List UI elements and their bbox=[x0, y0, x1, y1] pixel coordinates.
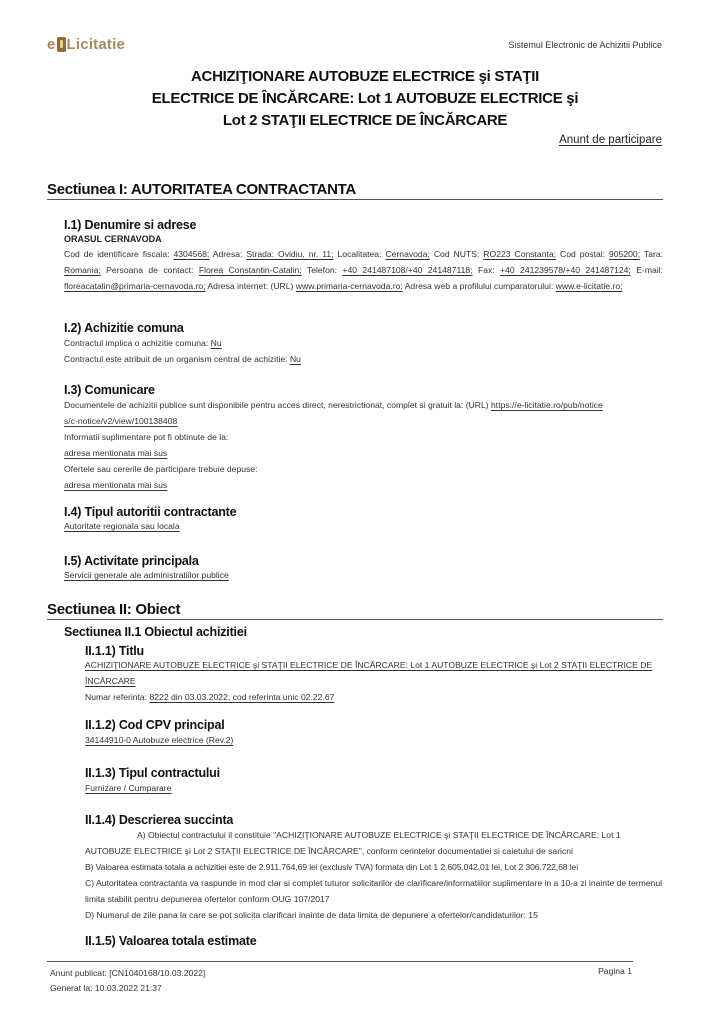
field-label: Adresa web a profilului cumparatorului: bbox=[403, 281, 556, 291]
reference-number: 8222 din 03.03.2022, cod referinta unic … bbox=[149, 692, 334, 702]
locality: Cernavoda; bbox=[385, 249, 429, 259]
footer-divider bbox=[47, 961, 633, 962]
reference-number-line: Numar referinta: 8222 din 03.03.2022, co… bbox=[85, 689, 334, 705]
contract-title: ACHIZIŢIONARE AUTOBUZE ELECTRICE şi STAŢ… bbox=[85, 657, 663, 689]
published-notice: Anunt publicat: [CN1040168/10.03.2022] bbox=[50, 966, 205, 981]
i3-heading: I.3) Comunicare bbox=[64, 383, 155, 397]
field-label: Adresa: bbox=[209, 249, 246, 259]
offers-address: adresa mentionata mai sus bbox=[64, 477, 167, 493]
phone: +40 241487108/+40 241487118; bbox=[342, 265, 472, 275]
buyer-profile-link[interactable]: www.e-licitatie.ro; bbox=[556, 281, 623, 291]
ii15-heading: II.1.5) Valoarea totala estimate bbox=[85, 934, 256, 948]
authority-type: Autoritate regionala sau locala bbox=[64, 518, 180, 534]
fiscal-code: 4304568; bbox=[173, 249, 209, 259]
elicitatie-logo: e Licitatie bbox=[47, 36, 125, 53]
ii14-heading: II.1.4) Descrierea succinta bbox=[85, 813, 233, 827]
i4-heading: I.4) Tipul autoritii contractante bbox=[64, 505, 236, 519]
system-name: Sistemul Electronic de Achizitii Publice bbox=[508, 40, 662, 50]
field-label: Contractul este atribuit de un organism … bbox=[64, 354, 290, 364]
fax: +40 241239578/+40 241487124; bbox=[500, 265, 631, 275]
central-body-line: Contractul este atribuit de un organism … bbox=[64, 351, 301, 367]
field-label: E-mail: bbox=[631, 265, 663, 275]
section-2-heading: Sectiunea II: Obiect bbox=[47, 601, 663, 620]
field-label: Cod NUTS: bbox=[430, 249, 483, 259]
title-line: ACHIZIŢIONARE AUTOBUZE ELECTRICE şi STAŢ… bbox=[150, 66, 580, 88]
logo-prefix: e bbox=[47, 36, 56, 53]
central-body-value: Nu bbox=[290, 354, 301, 364]
address: Strada: Ovidiu, nr. 11; bbox=[246, 249, 333, 259]
title-line: Lot 2 STAŢII ELECTRICE DE ÎNCĂRCARE bbox=[150, 110, 580, 132]
field-label: Cod postal: bbox=[556, 249, 609, 259]
field-label: Adresa internet: (URL) bbox=[206, 281, 296, 291]
ii1-heading: Sectiunea II.1 Obiectul achizitiei bbox=[64, 625, 247, 639]
joint-procurement-value: Nu bbox=[211, 338, 222, 348]
website-link[interactable]: www.primaria-cernavoda.ro; bbox=[296, 281, 403, 291]
nuts-code: RO223 Constanta; bbox=[483, 249, 556, 259]
info-address: adresa mentionata mai sus bbox=[64, 445, 167, 461]
postal-code: 905200; bbox=[609, 249, 640, 259]
ii13-heading: II.1.3) Tipul contractului bbox=[85, 766, 220, 780]
field-label: Documentele de achizitii publice sunt di… bbox=[64, 400, 491, 410]
ii11-heading: II.1.1) Titlu bbox=[85, 644, 144, 658]
country: Romania; bbox=[64, 265, 101, 275]
field-label: Persoana de contact: bbox=[101, 265, 199, 275]
footer-info: Anunt publicat: [CN1040168/10.03.2022] G… bbox=[50, 966, 205, 996]
description-d: D) Numarul de zile pana la care se pot s… bbox=[85, 907, 538, 923]
title-line: ELECTRICE DE ÎNCĂRCARE: Lot 1 AUTOBUZE E… bbox=[150, 88, 580, 110]
joint-procurement-line: Contractul implica o achizitie comuna: N… bbox=[64, 335, 222, 351]
main-activity: Servicii generale ale administratiilor p… bbox=[64, 567, 229, 583]
description-b: B) Valoarea estimata totala a achizitiei… bbox=[85, 859, 675, 875]
section-1-heading: Sectiunea I: AUTORITATEA CONTRACTANTA bbox=[47, 181, 663, 200]
info-label: Informatii suplimentare pot fi obtinute … bbox=[64, 429, 228, 445]
org-details: Cod de identificare fiscala: 4304568; Ad… bbox=[64, 246, 663, 294]
contact-person: Florea Constantin-Catalin; bbox=[199, 265, 302, 275]
field-label: Tara: bbox=[640, 249, 663, 259]
i1-heading: I.1) Denumire si adrese bbox=[64, 218, 196, 232]
description-a: A) Obiectul contractului il constituie "… bbox=[85, 827, 663, 859]
field-label: Telefon: bbox=[302, 265, 343, 275]
field-label: Fax: bbox=[473, 265, 501, 275]
cpv-code: 34144910-0 Autobuze electrice (Rev.2) bbox=[85, 732, 233, 748]
email-link[interactable]: floreacatalin@primaria-cernavoda.ro; bbox=[64, 281, 206, 291]
description-c: C) Autoritatea contractanta va raspunde … bbox=[85, 875, 665, 907]
field-label: Cod de identificare fiscala: bbox=[64, 249, 173, 259]
i5-heading: I.5) Activitate principala bbox=[64, 554, 199, 568]
contract-type: Furnizare / Cumparare bbox=[85, 780, 171, 796]
logo-name: Licitatie bbox=[67, 36, 125, 53]
document-title: ACHIZIŢIONARE AUTOBUZE ELECTRICE şi STAŢ… bbox=[150, 66, 580, 132]
field-label: Contractul implica o achizitie comuna: bbox=[64, 338, 211, 348]
org-name: ORASUL CERNAVODA bbox=[64, 231, 162, 247]
ii12-heading: II.1.2) Cod CPV principal bbox=[85, 718, 224, 732]
notice-type: Anunt de participare bbox=[559, 134, 662, 146]
torch-icon bbox=[57, 37, 66, 52]
generated-at: Generat la: 10.03.2022 21:37 bbox=[50, 981, 205, 996]
i2-heading: I.2) Achizitie comuna bbox=[64, 321, 184, 335]
offers-label: Ofertele sau cererile de participare tre… bbox=[64, 461, 257, 477]
field-label: Numar referinta: bbox=[85, 692, 149, 702]
page-number: Pagina 1 bbox=[598, 966, 632, 976]
field-label: Localitatea: bbox=[334, 249, 386, 259]
documents-access: Documentele de achizitii publice sunt di… bbox=[64, 397, 604, 429]
